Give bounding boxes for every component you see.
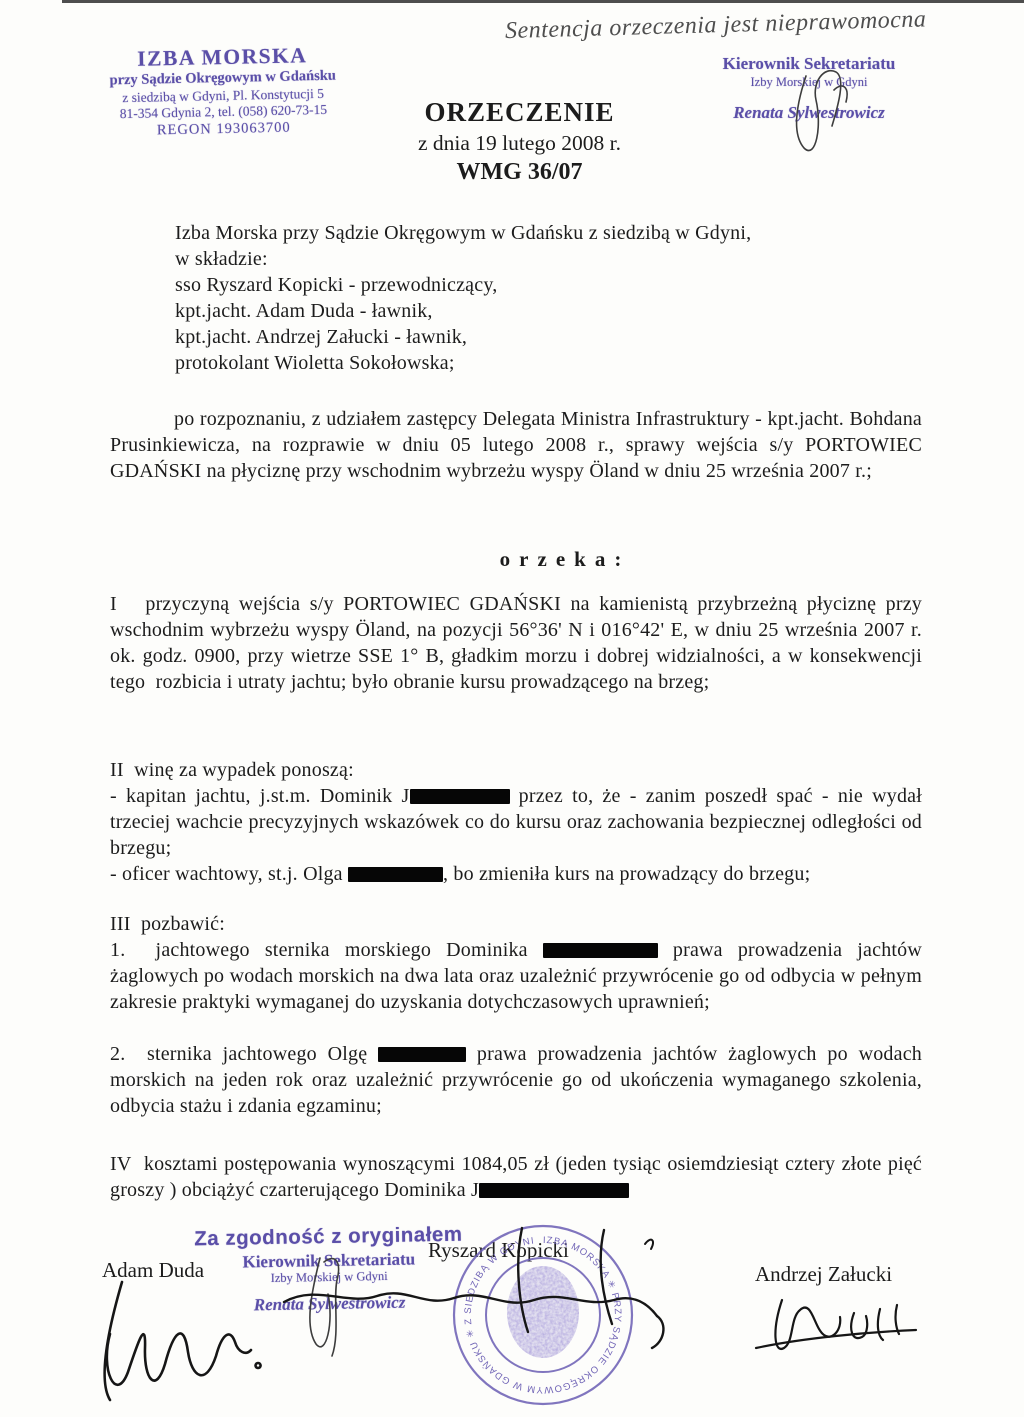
ryszard-kopicki-signature-icon: [272, 1222, 682, 1357]
handwritten-note: Sentencja orzeczenia jest nieprawomocna: [505, 4, 1016, 45]
page-title: ORZECZENIE: [312, 97, 727, 128]
section-3-item-2: 2. sternika jachtowego Olgę prawa prowad…: [110, 1041, 922, 1119]
adam-duda-signature-icon: [88, 1272, 288, 1414]
signatory-name-andrzej-zalucki: Andrzej Załucki: [755, 1262, 892, 1287]
document-page: IZBA MORSKA przy Sądzie Okręgowym w Gdań…: [0, 0, 1024, 1417]
section-2-captain: - kapitan jachtu, j.st.m. Dominik J prze…: [110, 783, 922, 861]
verdict-heading: orzeka:: [160, 547, 970, 572]
redaction-bar: [410, 789, 510, 804]
court-composition: Izba Morska przy Sądzie Okręgowym w Gdań…: [175, 220, 925, 376]
ruling-date: z dnia 19 lutego 2008 r.: [312, 131, 727, 156]
redaction-bar: [479, 1183, 629, 1198]
case-number: WMG 36/07: [312, 159, 727, 186]
section-4: IV kosztami postępowania wynoszącymi 108…: [110, 1151, 922, 1203]
title-block: ORZECZENIE z dnia 19 lutego 2008 r. WMG …: [312, 97, 727, 186]
section-2-officer: - oficer wachtowy, st.j. Olga , bo zmien…: [110, 861, 922, 887]
section-3-item-1: 1. jachtowego sternika morskiego Dominik…: [110, 937, 922, 1015]
hearing-paragraph: po rozpoznaniu, z udziałem zastępcy Dele…: [110, 406, 922, 484]
andrzej-zalucki-signature-icon: [748, 1288, 923, 1376]
section-3-heading: III pozbawić:: [110, 911, 922, 937]
section-2-heading: II winę za wypadek ponoszą:: [110, 757, 922, 783]
section-1: I przyczyną wejścia s/y PORTOWIEC GDAŃSK…: [110, 591, 922, 695]
secretariat-signature-icon: [772, 60, 887, 165]
scan-artifact-line: [62, 0, 1024, 3]
redaction-bar: [378, 1047, 466, 1062]
redaction-bar: [348, 867, 443, 882]
redaction-bar: [543, 943, 658, 958]
